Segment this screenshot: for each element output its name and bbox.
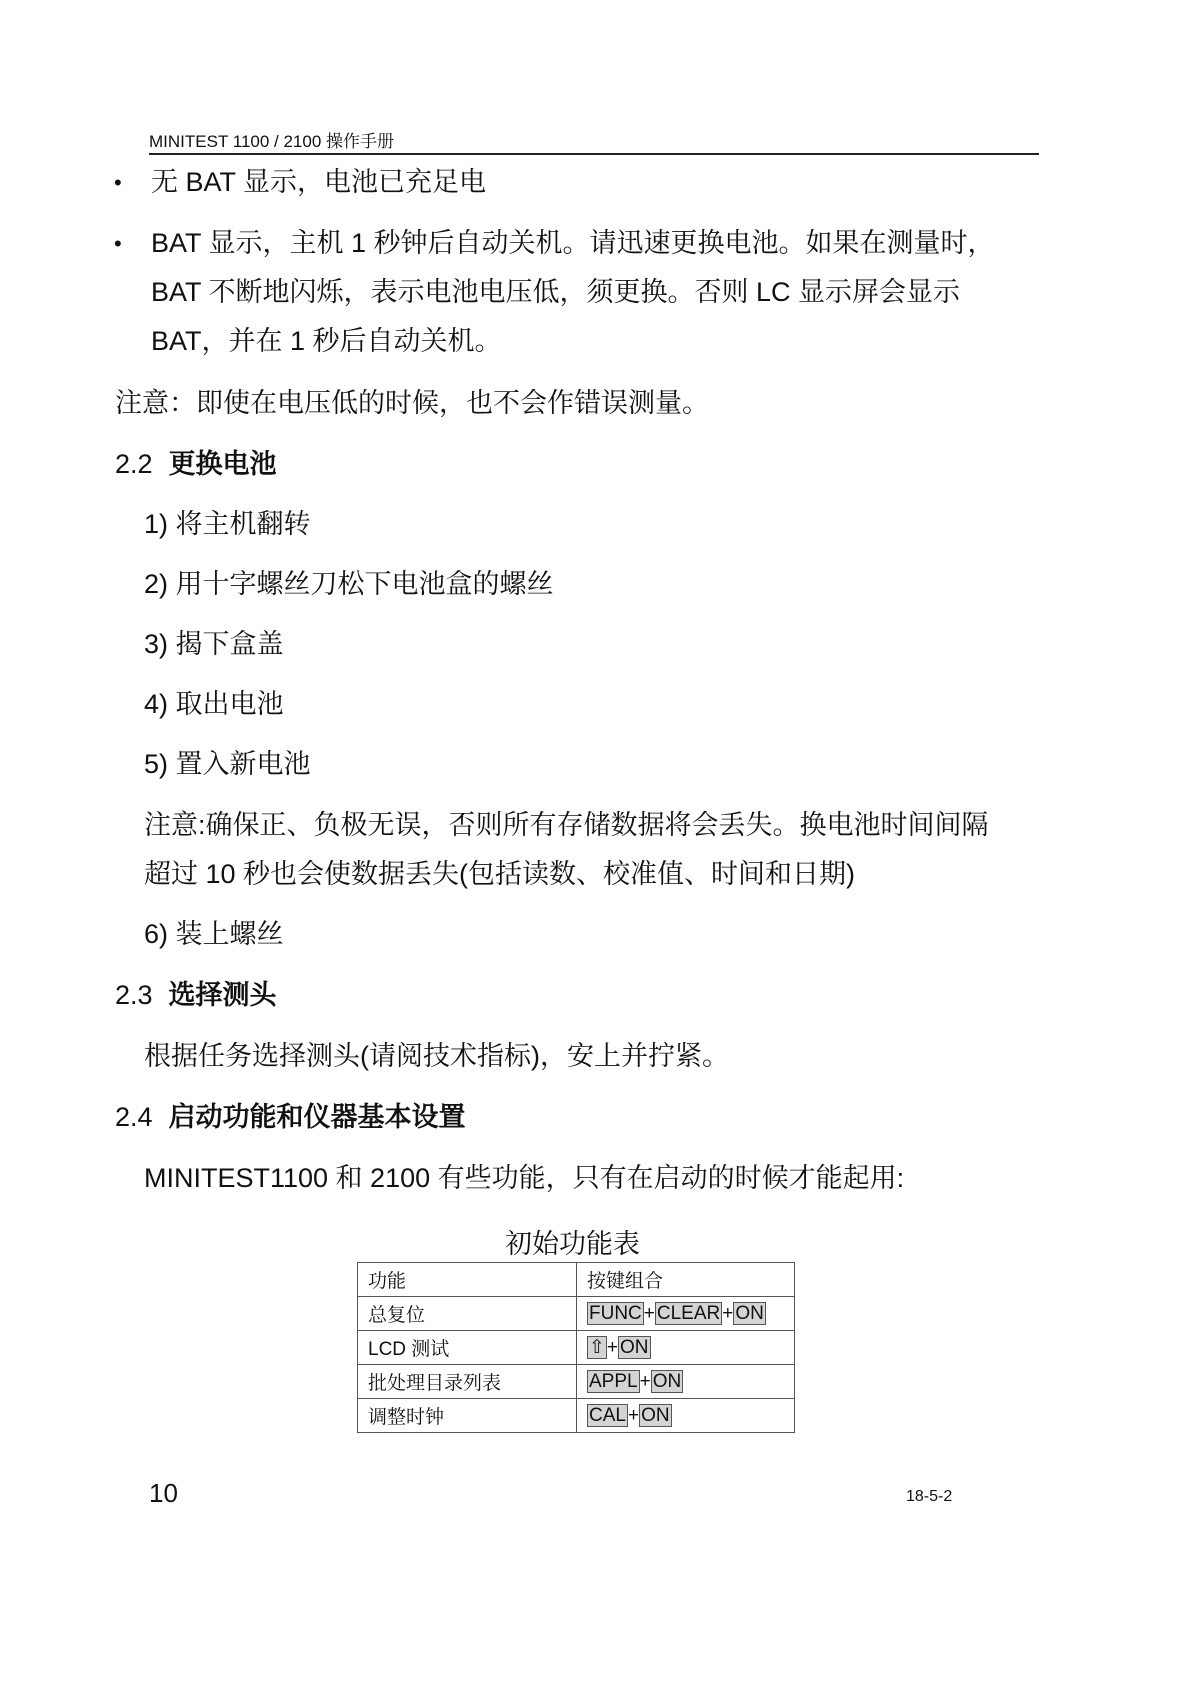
startup-text: MINITEST1100 和 2100 有些功能，只有在启动的时候才能起用: bbox=[144, 1154, 904, 1203]
note-low-voltage: 注意：即使在电压低的时候，也不会作错误测量。 bbox=[115, 379, 709, 428]
header-rule bbox=[149, 153, 1039, 155]
keys-cell: FUNC+CLEAR+ON bbox=[577, 1297, 795, 1331]
keys-cell: ⇧+ON bbox=[577, 1331, 795, 1365]
section-title: 更换电池 bbox=[169, 449, 277, 479]
key-on: ON bbox=[651, 1370, 684, 1393]
shift-arrow-icon: ⇧ bbox=[587, 1336, 607, 1359]
key-on: ON bbox=[639, 1404, 672, 1427]
key-on: ON bbox=[733, 1302, 766, 1325]
step-1: 1) 将主机翻转 bbox=[144, 500, 311, 549]
bullet-2-line-1: BAT 显示，主机 1 秒钟后自动关机。请迅速更换电池。如果在测量时， bbox=[151, 219, 995, 268]
header-cell: 按键组合 bbox=[577, 1263, 795, 1297]
key-clear: CLEAR bbox=[655, 1302, 722, 1325]
bullet-1-text: 无 BAT 显示，电池已充足电 bbox=[151, 158, 486, 207]
table-row: 批处理目录列表 APPL+ON bbox=[358, 1365, 795, 1399]
bullet-dot: • bbox=[114, 231, 122, 257]
battery-note-line-1: 注意:确保正、负极无误，否则所有存储数据将会丢失。换电池时间间隔 bbox=[144, 801, 989, 850]
keys-cell: CAL+ON bbox=[577, 1399, 795, 1433]
section-title: 启动功能和仪器基本设置 bbox=[169, 1102, 466, 1132]
section-heading-2-2: 2.2更换电池 bbox=[115, 440, 277, 489]
table-row: 总复位 FUNC+CLEAR+ON bbox=[358, 1297, 795, 1331]
probe-text: 根据任务选择测头(请阅技术指标)，安上并拧紧。 bbox=[144, 1032, 729, 1081]
key-on: ON bbox=[618, 1336, 651, 1359]
battery-note-line-2: 超过 10 秒也会使数据丢失(包括读数、校准值、时间和日期) bbox=[144, 850, 855, 899]
section-title: 选择测头 bbox=[169, 980, 277, 1010]
key-func: FUNC bbox=[587, 1302, 644, 1325]
table-row: 调整时钟 CAL+ON bbox=[358, 1399, 795, 1433]
table-row: LCD 测试 ⇧+ON bbox=[358, 1331, 795, 1365]
footer-date: 18-5-2 bbox=[906, 1488, 952, 1506]
section-number: 2.2 bbox=[115, 449, 153, 479]
keys-cell: APPL+ON bbox=[577, 1365, 795, 1399]
step-4: 4) 取出电池 bbox=[144, 680, 284, 729]
section-number: 2.3 bbox=[115, 980, 153, 1010]
section-number: 2.4 bbox=[115, 1102, 153, 1132]
function-cell: 调整时钟 bbox=[358, 1399, 577, 1433]
key-appl: APPL bbox=[587, 1370, 640, 1393]
page-number: 10 bbox=[149, 1478, 178, 1509]
section-heading-2-3: 2.3选择测头 bbox=[115, 971, 277, 1020]
step-2: 2) 用十字螺丝刀松下电池盒的螺丝 bbox=[144, 560, 554, 609]
step-5: 5) 置入新电池 bbox=[144, 740, 311, 789]
step-6: 6) 装上螺丝 bbox=[144, 910, 284, 959]
function-cell: 批处理目录列表 bbox=[358, 1365, 577, 1399]
header-cell: 功能 bbox=[358, 1263, 577, 1297]
bullet-dot: • bbox=[114, 170, 122, 196]
bullet-2-line-2: BAT 不断地闪烁，表示电池电压低，须更换。否则 LC 显示屏会显示 bbox=[151, 268, 960, 317]
step-3: 3) 揭下盒盖 bbox=[144, 620, 284, 669]
function-cell: LCD 测试 bbox=[358, 1331, 577, 1365]
function-cell: 总复位 bbox=[358, 1297, 577, 1331]
page-header-title: MINITEST 1100 / 2100 操作手册 bbox=[149, 127, 394, 152]
key-cal: CAL bbox=[587, 1404, 628, 1427]
section-heading-2-4: 2.4启动功能和仪器基本设置 bbox=[115, 1093, 466, 1142]
table-title: 初始功能表 bbox=[505, 1222, 640, 1261]
table-header-row: 功能 按键组合 bbox=[358, 1263, 795, 1297]
initial-function-table: 功能 按键组合 总复位 FUNC+CLEAR+ON LCD 测试 ⇧+ON 批处… bbox=[357, 1262, 795, 1433]
bullet-2-line-3: BAT，并在 1 秒后自动关机。 bbox=[151, 317, 502, 366]
